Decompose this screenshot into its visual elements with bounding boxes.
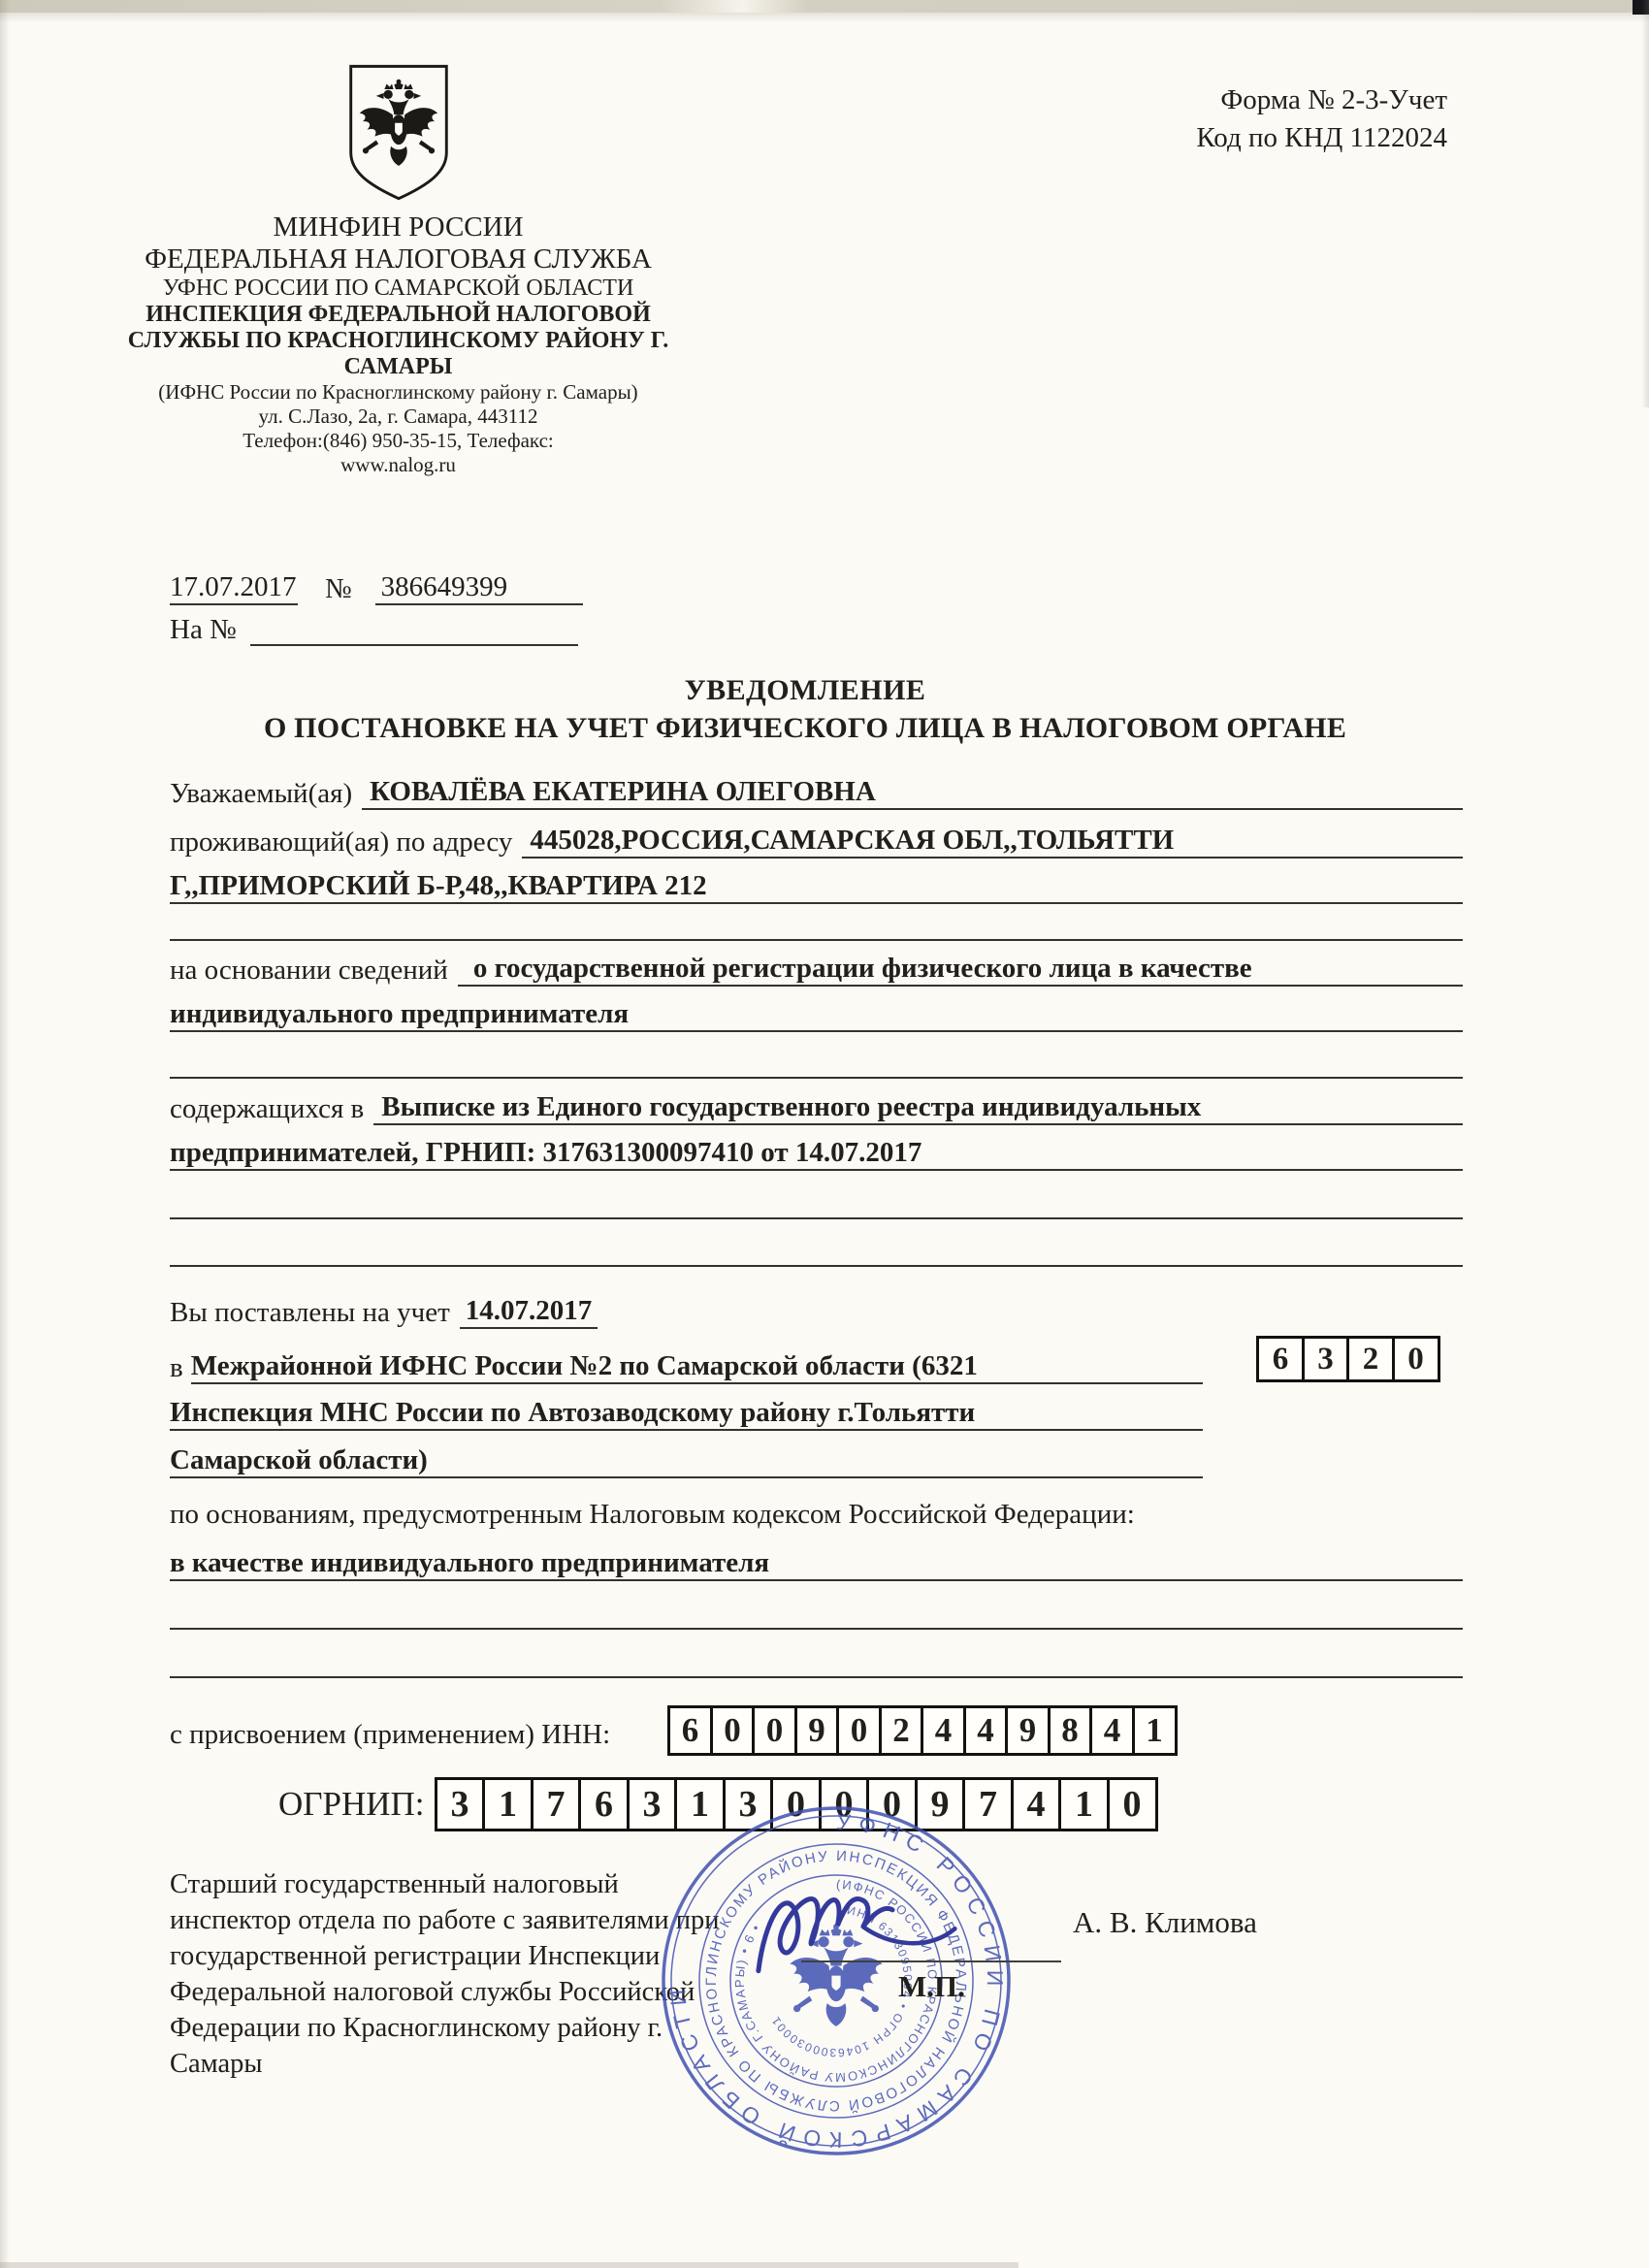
contained-field-2: предпринимателей, ГРНИП: 317631300097410… (170, 1137, 1463, 1171)
row-address-1: проживающий(ая) по адресу 445028,РОССИЯ,… (170, 818, 1463, 859)
digit-cell: 0 (752, 1705, 797, 1756)
scan-edge-right (1641, 0, 1649, 407)
contained-label: содержащихся в (170, 1093, 373, 1125)
inspection-value-2: Инспекция МНС России по Автозаводскому р… (170, 1397, 975, 1428)
address-label: проживающий(ая) по адресу (170, 826, 522, 859)
reference-row-reply: На № (170, 605, 616, 646)
form-knd-code: Код по КНД 1122024 (1196, 119, 1447, 157)
inspection-value-1: Межрайонной ИФНС России №2 по Самарской … (191, 1350, 978, 1381)
digit-cell: 9 (1005, 1705, 1051, 1756)
row-basis-2: индивидуального предпринимателя (170, 991, 1463, 1032)
agency-line-address: ул. С.Лазо, 2а, г. Самара, 443112 (124, 405, 672, 429)
row-address-2: Г,,ПРИМОРСКИЙ Б-Р,48,,КВАРТИРА 212 (170, 863, 1463, 904)
blank-line-6 (170, 1636, 1463, 1678)
digit-cell: 6 (1256, 1336, 1305, 1382)
contained-value-1: Выписке из Единого государственного реес… (381, 1091, 1201, 1122)
blank-line-1 (170, 900, 1463, 941)
number-sign: № (325, 573, 352, 605)
scan-edge-top (0, 0, 1649, 13)
reply-to-label: На № (170, 614, 237, 646)
address-field-1: 445028,РОССИЯ,САМАРСКАЯ ОБЛ,,ТОЛЬЯТТИ (522, 825, 1463, 859)
address-value-2: Г,,ПРИМОРСКИЙ Б-Р,48,,КВАРТИРА 212 (170, 870, 707, 901)
contained-value-2: предпринимателей, ГРНИП: 317631300097410… (170, 1137, 921, 1168)
scan-edge-left (0, 0, 10, 2268)
grounds-value: в качестве индивидуального предпринимате… (170, 1547, 769, 1578)
digit-cell: 0 (710, 1705, 756, 1756)
inspection-code-boxes: 6320 (1256, 1336, 1440, 1382)
digit-cell: 4 (1089, 1705, 1135, 1756)
digit-cell: 8 (1048, 1705, 1093, 1756)
double-headed-eagle-icon (359, 80, 436, 166)
scan-edge-bottom (0, 2262, 1018, 2268)
reference-block: 17.07.2017 № 386649399 На № (170, 565, 616, 646)
coat-of-arms-emblem (342, 60, 455, 206)
document-page: Форма № 2-3-Учет Код по КНД 1122024 МИНФ… (0, 0, 1649, 2268)
document-title: УВЕДОМЛЕНИЕ О ПОСТАНОВКЕ НА УЧЕТ ФИЗИЧЕС… (126, 673, 1484, 749)
blank-line-5 (170, 1587, 1463, 1630)
agency-line-inspection-3: САМАРЫ (124, 354, 672, 380)
digit-cell: 3 (1302, 1336, 1350, 1382)
digit-cell: 9 (794, 1705, 840, 1756)
agency-line-short-name: (ИФНС России по Красноглинскому району г… (124, 380, 672, 405)
address-field-2: Г,,ПРИМОРСКИЙ Б-Р,48,,КВАРТИРА 212 (170, 870, 1463, 904)
digit-cell: 2 (879, 1705, 924, 1756)
registered-label: Вы поставлены на учет (170, 1297, 460, 1329)
form-number: Форма № 2-3-Учет (1196, 81, 1447, 119)
grounds-field: в качестве индивидуального предпринимате… (170, 1547, 1463, 1581)
signature-line (801, 1885, 1061, 1962)
blank-line-4 (170, 1224, 1463, 1267)
agency-line-ufns: УФНС РОССИИ ПО САМАРСКОЙ ОБЛАСТИ (124, 275, 672, 302)
inspection-field-2: Инспекция МНС России по Автозаводскому р… (170, 1397, 1203, 1431)
digit-cell: 0 (1392, 1336, 1440, 1382)
digit-cell: 4 (921, 1705, 966, 1756)
agency-line-inspection-2: СЛУЖБЫ ПО КРАСНОГЛИНСКОМУ РАЙОНУ Г. (124, 328, 672, 354)
inn-label: с присвоением (применением) ИНН: (170, 1719, 610, 1751)
registered-date: 14.07.2017 (460, 1295, 598, 1329)
row-contained-1: содержащихся в Выписке из Единого госуда… (170, 1085, 1463, 1125)
digit-cell: 7 (531, 1777, 582, 1831)
signer-name: А. В. Климова (1073, 1905, 1257, 1940)
inspection-prefix: в (170, 1352, 191, 1384)
digit-cell: 3 (435, 1777, 486, 1831)
digit-cell: 4 (963, 1705, 1009, 1756)
blank-line-2 (170, 1036, 1463, 1079)
row-inspection-1: в Межрайонной ИФНС России №2 по Самарско… (170, 1344, 1203, 1384)
stamp-place-label: М.П. (898, 1969, 965, 2004)
inspection-field-1: Межрайонной ИФНС России №2 по Самарской … (191, 1350, 1203, 1384)
agency-line-website: www.nalog.ru (124, 453, 672, 477)
title-line-2: О ПОСТАНОВКЕ НА УЧЕТ ФИЗИЧЕСКОГО ЛИЦА В … (126, 708, 1484, 749)
digit-cell: 1 (1132, 1705, 1178, 1756)
agency-line-phone: Телефон:(846) 950-35-15, Телефакс: (124, 429, 672, 453)
digit-cell: 2 (1346, 1336, 1395, 1382)
reference-row-date: 17.07.2017 № 386649399 (170, 565, 616, 605)
agency-line-inspection-1: ИНСПЕКЦИЯ ФЕДЕРАЛЬНОЙ НАЛОГОВОЙ (124, 302, 672, 328)
grounds-label: по основаниям, предусмотренным Налоговым… (170, 1499, 1135, 1531)
document-number: 386649399 (375, 571, 583, 605)
person-name-field: КОВАЛЁВА ЕКАТЕРИНА ОЛЕГОВНА (362, 776, 1463, 810)
agency-line-fns: ФЕДЕРАЛЬНАЯ НАЛОГОВАЯ СЛУЖБА (124, 243, 672, 275)
basis-field-2: индивидуального предпринимателя (170, 998, 1463, 1032)
dear-label: Уважаемый(ая) (170, 778, 362, 810)
contained-field-1: Выписке из Единого государственного реес… (373, 1091, 1463, 1125)
basis-field-1: о государственной регистрации физическог… (458, 953, 1463, 987)
row-dear: Уважаемый(ая) КОВАЛЁВА ЕКАТЕРИНА ОЛЕГОВН… (170, 769, 1463, 810)
scan-edge-top-shadow (0, 13, 1649, 22)
row-registered: Вы поставлены на учет 14.07.2017 (170, 1290, 598, 1329)
row-contained-2: предпринимателей, ГРНИП: 317631300097410… (170, 1130, 1463, 1171)
form-codes-block: Форма № 2-3-Учет Код по КНД 1122024 (1196, 81, 1447, 157)
basis-value-1: о государственной регистрации физическог… (473, 953, 1252, 984)
blank-line-3 (170, 1177, 1463, 1219)
basis-label: на основании сведений (170, 955, 458, 987)
digit-cell: 1 (1058, 1777, 1110, 1831)
inspection-value-3: Самарской области) (170, 1444, 428, 1475)
reply-to-blank (250, 644, 578, 646)
agency-line-minfin: МИНФИН РОССИИ (124, 211, 672, 243)
address-value-1: 445028,РОССИЯ,САМАРСКАЯ ОБЛ,,ТОЛЬЯТТИ (530, 825, 1174, 856)
digit-cell: 6 (578, 1777, 630, 1831)
digit-cell: 0 (1107, 1777, 1158, 1831)
ogrnip-label: ОГРНИП: (278, 1785, 425, 1824)
agency-letterhead: МИНФИН РОССИИ ФЕДЕРАЛЬНАЯ НАЛОГОВАЯ СЛУЖ… (124, 60, 672, 477)
row-basis-1: на основании сведений о государственной … (170, 946, 1463, 987)
inn-digit-boxes: 600902449841 (667, 1705, 1178, 1756)
person-name: КОВАЛЁВА ЕКАТЕРИНА ОЛЕГОВНА (370, 776, 876, 807)
basis-value-2: индивидуального предпринимателя (170, 998, 629, 1029)
row-inspection-2: Инспекция МНС России по Автозаводскому р… (170, 1390, 1203, 1431)
title-line-1: УВЕДОМЛЕНИЕ (126, 673, 1484, 708)
row-inspection-3: Самарской области) (170, 1438, 1203, 1478)
digit-cell: 0 (836, 1705, 882, 1756)
row-grounds-value: в качестве индивидуального предпринимате… (170, 1540, 1463, 1581)
digit-cell: 1 (482, 1777, 533, 1831)
document-date: 17.07.2017 (170, 571, 298, 605)
digit-cell: 6 (667, 1705, 713, 1756)
inspection-field-3: Самарской области) (170, 1444, 1203, 1478)
